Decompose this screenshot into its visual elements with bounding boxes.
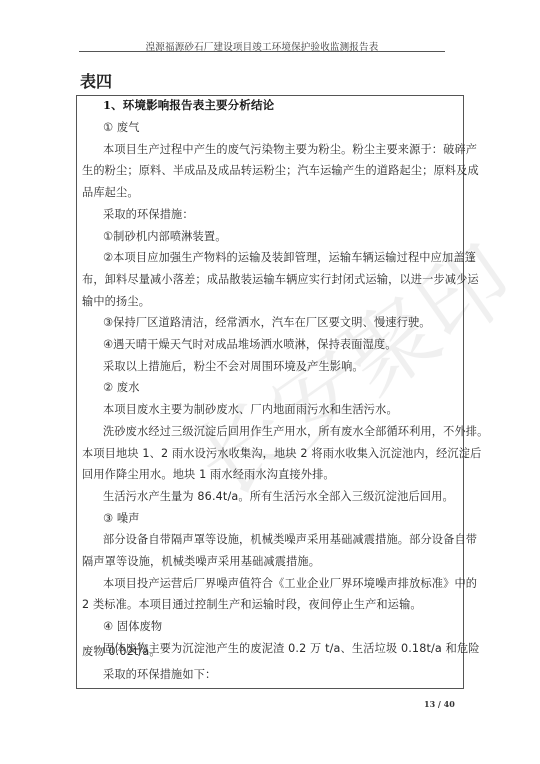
content-line: ③保持厂区道路清洁，经常洒水，汽车在厂区要文明、慢速行驶。 <box>103 316 481 330</box>
content-line: 采取的环保措施： <box>103 208 481 222</box>
content-line: 采取以上措施后，粉尘不会对周围环境及产生影响。 <box>103 360 481 374</box>
content-line: ① 废气 <box>103 121 481 135</box>
content-line: ②本项目应加强生产物料的运输及装卸管理，运输车辆运输过程中应加盖篷 <box>103 251 460 265</box>
content-line: 回用作降尘用水。地块 1 雨水经雨水沟直接外排。 <box>82 468 460 482</box>
content-line: 部分设备自带隔声罩等设施，机械类噪声采用基础减震措施。部分设备自带 <box>103 533 460 547</box>
content-line: ④ 固体废物 <box>103 620 481 634</box>
header-divider <box>79 51 445 52</box>
content-line-tail-b: 采取的环保措施如下： <box>103 668 481 682</box>
content-line: 品库起尘。 <box>82 186 460 200</box>
content-line: 本项目废水主要为制砂废水、厂内地面雨污水和生活污水。 <box>103 403 481 417</box>
section-title: 表四 <box>80 69 112 92</box>
content-line: ①制砂机内部喷淋装置。 <box>103 230 481 244</box>
content-line: 布，卸料尽量减小落差；成品散装运输车辆应实行封闭式运输，以进一步减少运 <box>82 273 460 287</box>
content-line: ② 废水 <box>103 381 481 395</box>
content-line: 输中的扬尘。 <box>82 295 460 309</box>
content-line: 本项目投产运营后厂界噪声值符合《工业企业厂界环境噪声排放标准》中的 <box>103 577 460 591</box>
page-number: 13 / 40 <box>424 699 455 709</box>
content-line-tail-a: 废物 0.02t/a。 <box>82 645 460 659</box>
content-line: 本项目生产过程中产生的废气污染物主要为粉尘。粉尘主要来源于：破碎产 <box>103 143 460 157</box>
content-line: ③ 噪声 <box>103 512 481 526</box>
content-line: 隔声罩等设施，机械类噪声采用基础减震措施。 <box>82 555 460 569</box>
content-line: 本项目地块 1、2 雨水设污水收集沟，地块 2 将雨水收集入沉淀池内，经沉淀后 <box>82 447 460 461</box>
content-line: ④遇天晴干燥天气时对成品堆场洒水喷淋，保持表面湿度。 <box>103 338 481 352</box>
content-line: 生活污水产生量为 86.4t/a。所有生活污水全部入三级沉淀池后回用。 <box>103 490 481 504</box>
content-line: 洗砂废水经过三级沉淀后回用作生产用水，所有废水全部循环利用，不外排。 <box>103 425 460 439</box>
content-heading: 1、环境影响报告表主要分析结论 <box>103 98 481 112</box>
content-line: 生的粉尘；原料、半成品及成品转运粉尘；汽车运输产生的道路起尘；原料及成 <box>82 164 460 178</box>
content-line: 2 类标准。本项目通过控制生产和运输时段，夜间停止生产和运输。 <box>82 598 460 612</box>
